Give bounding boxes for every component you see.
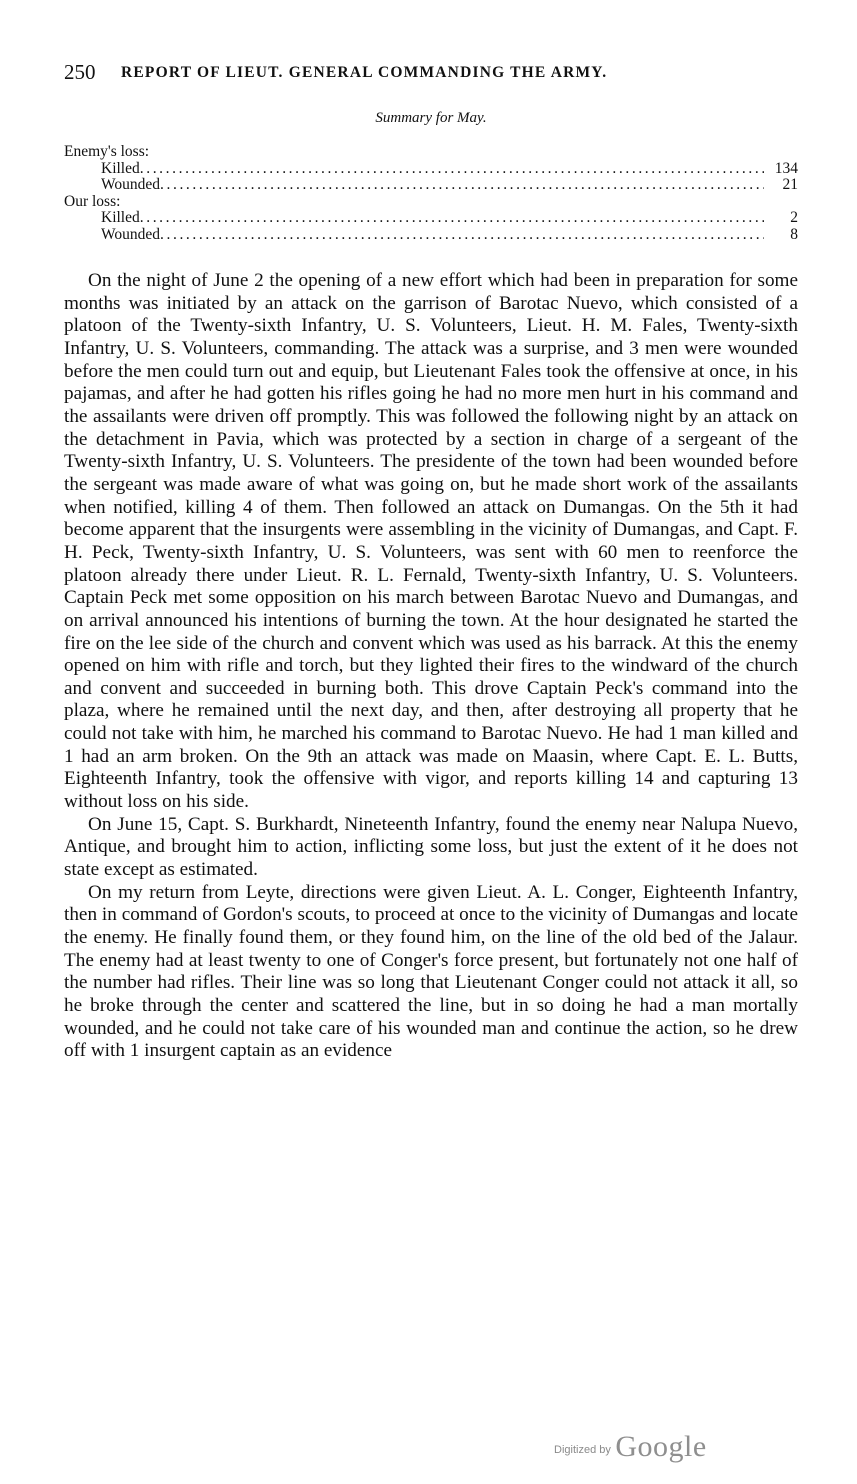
row-label: Killed (101, 161, 140, 178)
leader-dots: ........................................… (140, 161, 764, 178)
summary-title: Summary for May. (64, 110, 798, 127)
leader-dots: ........................................… (140, 210, 764, 227)
page-header: 250 REPORT OF LIEUT. GENERAL COMMANDING … (64, 60, 798, 86)
loss-row: Killed .................................… (64, 161, 798, 178)
row-value: 21 (770, 177, 798, 194)
loss-row: Wounded ................................… (64, 177, 798, 194)
group-label: Our loss: (64, 194, 798, 211)
body-text: On the night of June 2 the opening of a … (64, 270, 798, 1063)
paragraph: On June 15, Capt. S. Burkhardt, Nineteen… (64, 814, 798, 882)
page-number: 250 (64, 60, 96, 85)
leader-dots: ........................................… (160, 227, 764, 244)
leader-dots: ........................................… (160, 177, 764, 194)
loss-summary-table: Enemy's loss: Killed ...................… (64, 144, 798, 244)
row-label: Killed (101, 210, 140, 227)
enemy-loss-group: Enemy's loss: Killed ...................… (64, 144, 798, 194)
our-loss-group: Our loss: Killed .......................… (64, 194, 798, 244)
paragraph: On the night of June 2 the opening of a … (64, 270, 798, 814)
loss-row: Killed .................................… (64, 210, 798, 227)
row-value: 134 (770, 161, 798, 178)
row-value: 8 (770, 227, 798, 244)
paragraph: On my return from Leyte, directions were… (64, 882, 798, 1063)
group-label: Enemy's loss: (64, 144, 798, 161)
row-label: Wounded (101, 227, 160, 244)
digitized-by-google-watermark: Digitized by Google (554, 1430, 707, 1464)
row-value: 2 (770, 210, 798, 227)
loss-row: Wounded ................................… (64, 227, 798, 244)
watermark-prefix: Digitized by (554, 1444, 611, 1456)
running-head: REPORT OF LIEUT. GENERAL COMMANDING THE … (121, 64, 607, 82)
google-logo: Google (615, 1430, 706, 1463)
row-label: Wounded (101, 177, 160, 194)
